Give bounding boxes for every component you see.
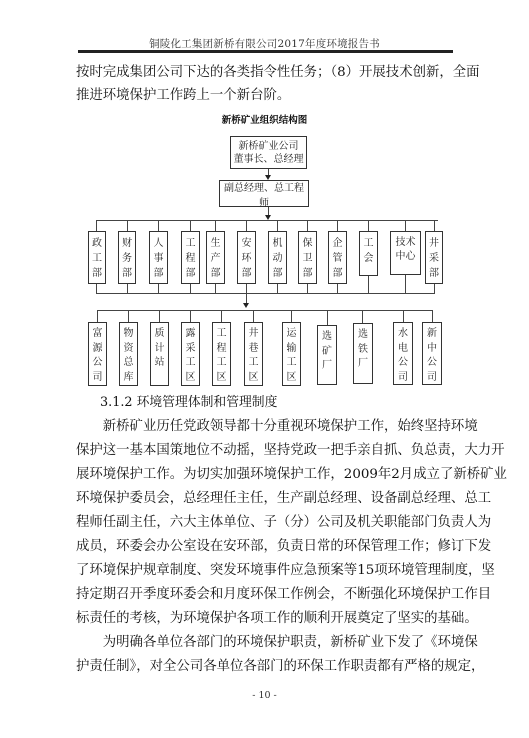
connector-line: [362, 310, 363, 323]
org-unit-xinzhong: 新中公司: [422, 322, 442, 385]
dept-label: 技术中心: [395, 236, 416, 264]
org-unit-fuyuan: 富源公司: [88, 322, 107, 386]
section-line-6: 成员，环委会办公室设在安环部，负责日常的环保管理工作；修订下发: [76, 538, 456, 556]
connector-line: [434, 284, 435, 293]
section-line-8: 持定期召开季度环委会和月度环保工作例会，不断强化环境保护工作目: [76, 586, 456, 604]
dept-label: 政工部: [92, 236, 102, 281]
dept-label: 井采部: [429, 236, 439, 281]
dept-label: 工会: [364, 236, 374, 266]
connector-line: [277, 220, 278, 231]
connector-line: [403, 310, 404, 322]
section-line-4: 环境保护委员会，总经理任主任，生产副总经理、设备副总经理、总工: [76, 490, 456, 508]
org-unit-lucai: 露采工区: [181, 322, 200, 386]
unit-label: 富源公司: [93, 327, 103, 385]
section-line-1: 新桥矿业历任党政领导都十分重视环境保护工作，始终坚持环境: [76, 418, 456, 436]
dept-label: 安环部: [242, 236, 252, 281]
unit-label: 井巷工区: [249, 327, 259, 385]
org-chart-title: 新桥矿业组织结构图: [0, 112, 529, 126]
connector-line: [434, 220, 435, 231]
unit-bus: [97, 310, 433, 311]
unit-label: 水电公司: [398, 327, 408, 385]
dept-label: 企管部: [333, 236, 343, 281]
org-dept-caiwu: 财务部: [118, 231, 136, 284]
org-unit-xuantie: 选铁厂: [353, 323, 373, 384]
connector-line: [253, 310, 254, 322]
connector-line: [246, 284, 247, 293]
dept-label: 工程部: [186, 236, 196, 281]
dept-label: 生产部: [211, 236, 221, 281]
unit-label: 露采工区: [186, 327, 196, 385]
org-dept-gonghui: 工会: [359, 231, 378, 276]
connector-line: [291, 310, 292, 322]
department-bus-bottom: [96, 293, 435, 294]
org-dept-gongcheng: 工程部: [181, 231, 200, 284]
connector-line: [432, 310, 433, 322]
org-dept-qiguan: 企管部: [328, 231, 347, 284]
connector-line: [246, 220, 247, 231]
dept-label: 机动部: [273, 236, 283, 281]
page-number: - 10 -: [0, 690, 529, 701]
dept-label: 财务部: [122, 236, 132, 281]
org-unit-wuzi: 物资总库: [119, 322, 138, 386]
section-line-11: 护责任制》，对全公司各单位各部门的环保工作职责都有严格的规定，: [76, 658, 456, 676]
org-unit-zhiji: 质计站: [150, 322, 169, 386]
section-line-3: 展环境保护工作。为切实加强环境保护工作，2009年2月成立了新桥矿业: [76, 466, 456, 484]
section-heading: 3.1.2 环境管理体制和管理制度: [100, 394, 480, 412]
connector-line: [368, 276, 369, 293]
connector-line: [159, 310, 160, 322]
org-unit-gongcheng: 工程工区: [212, 322, 231, 386]
connector-line: [405, 220, 406, 231]
section-line-10: 为明确各单位各部门的环境保护职责，新桥矿业下发了《环境保: [76, 634, 456, 652]
header-divider: [78, 50, 453, 53]
connector-line: [215, 284, 216, 293]
connector-line: [277, 284, 278, 293]
connector-line: [97, 310, 98, 322]
connector-line: [215, 220, 216, 231]
intro-line-1: 按时完成集团公司下达的各类指令性任务；（8）开展技术创新，全面: [76, 64, 456, 82]
org-node-deputy: 副总经理、总工程师: [219, 180, 309, 207]
org-dept-baowei: 保卫部: [298, 231, 317, 284]
connector-line: [327, 310, 328, 325]
connector-line: [96, 284, 97, 293]
unit-label: 工程工区: [217, 327, 227, 385]
unit-label: 选矿厂: [322, 330, 332, 374]
org-dept-shengchan: 生产部: [206, 231, 225, 284]
arrow-down-icon: [243, 303, 249, 308]
document-header-title: 铜陵化工集团新桥有限公司2017年度环境报告书: [0, 36, 529, 51]
connector-line: [337, 284, 338, 293]
org-dept-jishuzhongxin: 技术中心: [390, 231, 421, 275]
connector-line: [190, 220, 191, 231]
unit-label: 运输工区: [287, 327, 297, 385]
connector-line: [128, 310, 129, 322]
org-unit-xuankuang: 选矿厂: [317, 325, 337, 385]
unit-label: 选铁厂: [358, 328, 368, 372]
org-unit-yunshu: 运输工区: [282, 322, 301, 386]
org-dept-jingcai: 井采部: [425, 231, 443, 284]
unit-label: 物资总库: [124, 327, 134, 385]
org-dept-zhenggong: 政工部: [88, 231, 106, 284]
org-node-chairman-line1: 新桥矿业公司: [239, 140, 299, 153]
intro-line-2: 推进环境保护工作跨上一个新台阶。: [76, 87, 456, 105]
section-line-7: 了环境保护规章制度、突发环境事件应急预案等15项环境管理制度，坚: [76, 562, 456, 580]
dept-label: 人事部: [154, 236, 164, 281]
unit-label: 质计站: [155, 327, 165, 371]
connector-line: [158, 284, 159, 293]
org-unit-shuidian: 水电公司: [393, 322, 413, 385]
connector-line: [405, 275, 406, 293]
connector-line: [368, 220, 369, 231]
org-dept-renshi: 人事部: [149, 231, 168, 284]
connector-line: [307, 220, 308, 231]
connector-line: [190, 310, 191, 322]
org-unit-jinghang: 井巷工区: [244, 322, 263, 386]
dept-label: 保卫部: [303, 236, 313, 281]
connector-line: [221, 310, 222, 322]
org-node-chairman: 新桥矿业公司 董事长、总经理: [230, 136, 307, 169]
org-dept-anhuan: 安环部: [237, 231, 256, 284]
connector-line: [127, 220, 128, 231]
connector-line: [127, 284, 128, 293]
connector-line: [96, 220, 97, 231]
section-line-2: 保护这一基本国策地位不动摇，坚持党政一把手亲自抓、负总责，大力开: [76, 442, 456, 460]
connector-line: [190, 284, 191, 293]
org-dept-jidong: 机动部: [268, 231, 287, 284]
department-bus-top: [96, 220, 438, 221]
connector-line: [337, 220, 338, 231]
unit-label: 新中公司: [427, 327, 437, 385]
connector-line: [307, 284, 308, 293]
org-node-chairman-line2: 董事长、总经理: [234, 153, 304, 166]
section-line-9: 标责任的考核，为环境保护各项工作的顺利开展奠定了坚实的基础。: [76, 610, 456, 628]
section-line-5: 程师任副主任，六大主体单位、子（分）公司及机关职能部门负责人为: [76, 514, 456, 532]
connector-line: [158, 220, 159, 231]
